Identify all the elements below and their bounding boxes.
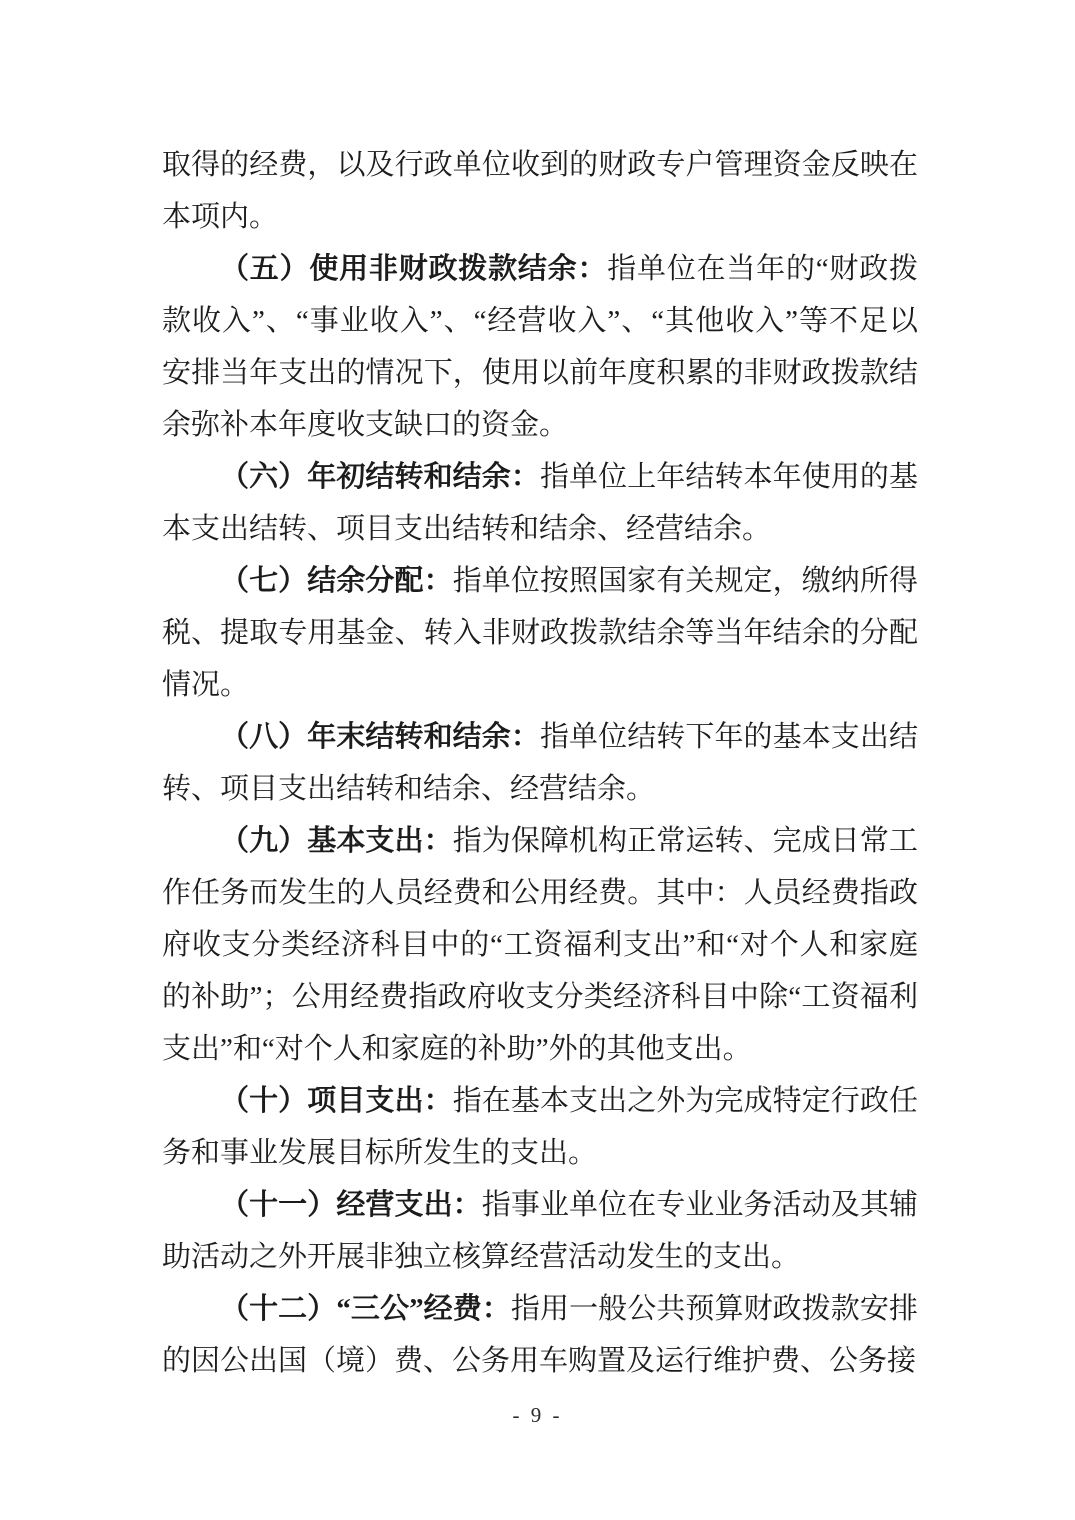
page-number: - 9 -	[513, 1403, 563, 1427]
paragraph-text: 指为保障机构正常运转、完成日常工作任务而发生的人员经费和公用经费。其中：人员经费…	[162, 825, 918, 1065]
paragraph-heading: （十二）“三公”经费：	[220, 1293, 511, 1325]
paragraph-item-5: （五）使用非财政拨款结余：指单位在当年的“财政拨款收入”、“事业收入”、“经营收…	[162, 243, 918, 451]
paragraph-continuation: 取得的经费，以及行政单位收到的财政专户管理资金反映在本项内。	[162, 139, 918, 243]
paragraph-item-7: （七）结余分配：指单位按照国家有关规定，缴纳所得税、提取专用基金、转入非财政拨款…	[162, 555, 918, 711]
paragraph-item-8: （八）年末结转和结余：指单位结转下年的基本支出结转、项目支出结转和结余、经营结余…	[162, 711, 918, 815]
paragraph-heading: （六）年初结转和结余：	[220, 461, 540, 493]
paragraph-item-12: （十二）“三公”经费：指用一般公共预算财政拨款安排的因公出国（境）费、公务用车购…	[162, 1283, 918, 1387]
paragraph-heading: （八）年末结转和结余：	[220, 721, 540, 753]
paragraph-heading: （九）基本支出：	[220, 825, 453, 857]
paragraph-item-10: （十）项目支出：指在基本支出之外为完成特定行政任务和事业发展目标所发生的支出。	[162, 1075, 918, 1179]
paragraph-item-6: （六）年初结转和结余：指单位上年结转本年使用的基本支出结转、项目支出结转和结余、…	[162, 451, 918, 555]
paragraph-heading: （五）使用非财政拨款结余：	[220, 253, 607, 285]
paragraph-heading: （七）结余分配：	[220, 565, 453, 597]
paragraph-item-9: （九）基本支出：指为保障机构正常运转、完成日常工作任务而发生的人员经费和公用经费…	[162, 815, 918, 1075]
paragraph-item-11: （十一）经营支出：指事业单位在专业业务活动及其辅助活动之外开展非独立核算经营活动…	[162, 1179, 918, 1283]
paragraph-heading: （十）项目支出：	[220, 1085, 453, 1117]
document-body: 取得的经费，以及行政单位收到的财政专户管理资金反映在本项内。 （五）使用非财政拨…	[162, 139, 918, 1387]
paragraph-heading: （十一）经营支出：	[220, 1189, 482, 1221]
paragraph-text: 取得的经费，以及行政单位收到的财政专户管理资金反映在本项内。	[162, 149, 918, 233]
page-footer: - 9 -	[0, 1402, 1075, 1428]
document-page: 取得的经费，以及行政单位收到的财政专户管理资金反映在本项内。 （五）使用非财政拨…	[0, 0, 1075, 1520]
